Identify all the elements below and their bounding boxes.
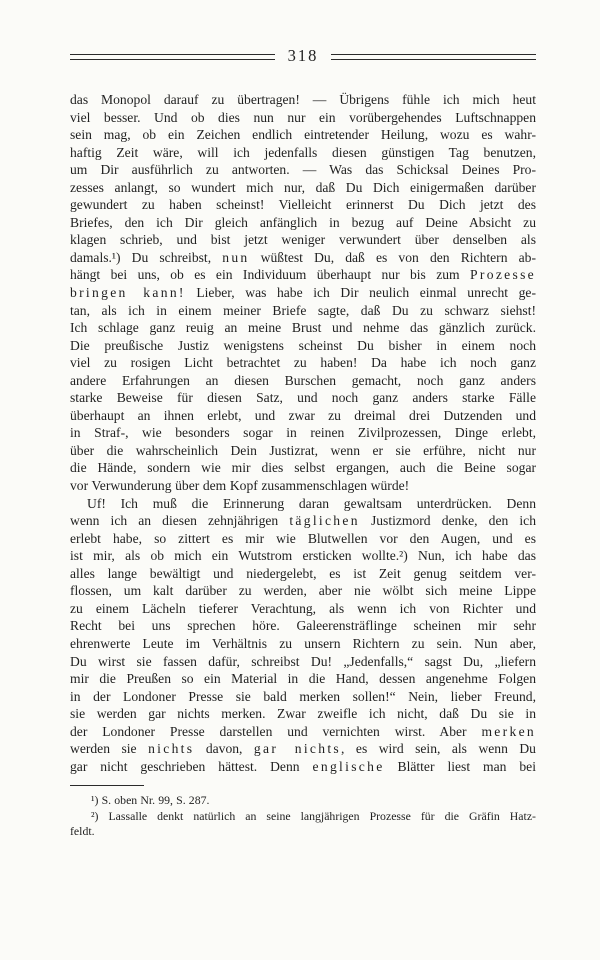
page-content: 318 das Monopol darauf zu übertragen! — … bbox=[0, 0, 600, 839]
body-text: das Monopol darauf zu übertragen! — Übri… bbox=[70, 91, 536, 775]
text-line: sie werden gar nichts merken. Zwar zweif… bbox=[70, 705, 536, 723]
text-segment: andere Erfahrungen an diesen Burschen ge… bbox=[70, 373, 536, 388]
text-line: Du wirst sie fassen dafür, schreibst Du!… bbox=[70, 653, 536, 671]
text-line: ²) Lassalle denkt natürlich an seine lan… bbox=[70, 809, 536, 824]
text-line: bringen kann! Lieber, was habe ich Dir n… bbox=[70, 284, 536, 302]
text-line: vor Verwunderung über dem Kopf zusammens… bbox=[70, 477, 536, 495]
text-line: überhaupt an ihnen erlebt, und zwar zu d… bbox=[70, 407, 536, 425]
text-segment: Du wirst sie fassen dafür, schreibst Du!… bbox=[70, 654, 536, 669]
text-line: über die wahrscheinlich Dein Justizrat, … bbox=[70, 442, 536, 460]
text-line: erlebt habe, so zittert es mir wie Blutw… bbox=[70, 530, 536, 548]
text-line: Briefes, den ich Dir gleich anfänglich i… bbox=[70, 214, 536, 232]
text-line: um Dir ausführlich zu antworten. — Was d… bbox=[70, 161, 536, 179]
text-segment: zu einem Lächeln tieferer Verachtung, al… bbox=[70, 601, 536, 616]
text-line: ist mir, als ob mich ein Wutstrom erstic… bbox=[70, 547, 536, 565]
text-segment: mir die Preußen so ein Material in die H… bbox=[70, 671, 536, 686]
page-header: 318 bbox=[70, 46, 536, 68]
emphasized-text-segment: täglichen bbox=[289, 513, 360, 528]
text-segment: ²) Lassalle denkt natürlich an seine lan… bbox=[91, 809, 536, 823]
text-line: in der Londoner Presse sie bald merken s… bbox=[70, 688, 536, 706]
text-segment: über die wahrscheinlich Dein Justizrat, … bbox=[70, 443, 536, 458]
footnotes: ¹) S. oben Nr. 99, S. 287.²) Lassalle de… bbox=[70, 793, 536, 839]
text-segment: in Straf-, wie besonders sogar in reinen… bbox=[70, 425, 536, 440]
text-segment: Uf! Ich muß die Erinnerung daran gewalts… bbox=[87, 496, 536, 511]
text-line: andere Erfahrungen an diesen Burschen ge… bbox=[70, 372, 536, 390]
emphasized-text-segment: gar nichts bbox=[254, 741, 341, 756]
text-segment: in der Londoner Presse sie bald merken s… bbox=[70, 689, 536, 704]
text-segment: vor Verwunderung über dem Kopf zusammens… bbox=[70, 478, 409, 493]
text-line: der Londoner Presse darstellen und verni… bbox=[70, 723, 536, 741]
text-segment: der Londoner Presse darstellen und verni… bbox=[70, 724, 481, 739]
text-segment: davon, bbox=[194, 741, 254, 756]
text-segment: gar nicht geschrieben hättest. Denn bbox=[70, 759, 313, 774]
book-page: 318 das Monopol darauf zu übertragen! — … bbox=[0, 0, 600, 960]
text-segment: das Monopol darauf zu übertragen! — Übri… bbox=[70, 92, 536, 107]
text-line: viel besser. Und ob dies nun nur ein vor… bbox=[70, 109, 536, 127]
page-number: 318 bbox=[275, 48, 332, 65]
text-line: Uf! Ich muß die Erinnerung daran gewalts… bbox=[70, 495, 536, 513]
text-segment: sein mag, ob ein Zeichen endlich eintret… bbox=[70, 127, 536, 142]
text-line: gar nicht geschrieben hättest. Denn engl… bbox=[70, 758, 536, 776]
text-line: Die preußische Justiz wenigstens scheins… bbox=[70, 337, 536, 355]
text-segment: die Hände, sondern wie mir dies selbst e… bbox=[70, 460, 536, 475]
text-segment: Recht bei uns sprechen höre. Galeerenstr… bbox=[70, 618, 536, 633]
emphasized-text-segment: Prozesse bbox=[470, 267, 536, 282]
text-line: in Straf-, wie besonders sogar in reinen… bbox=[70, 424, 536, 442]
text-line: wenn ich an diesen zehnjährigen tägliche… bbox=[70, 512, 536, 530]
text-line: viel zu rosigen Licht betrachtet zu habe… bbox=[70, 354, 536, 372]
text-segment: Ich schlage ganz reuig an meine Brust un… bbox=[70, 320, 536, 335]
text-line: klagen schrieb, und bist jetzt weniger v… bbox=[70, 231, 536, 249]
text-line: zu einem Lächeln tieferer Verachtung, al… bbox=[70, 600, 536, 618]
text-segment: viel zu rosigen Licht betrachtet zu habe… bbox=[70, 355, 536, 370]
text-segment: erlebt habe, so zittert es mir wie Blutw… bbox=[70, 531, 536, 546]
text-segment: sie werden gar nichts merken. Zwar zweif… bbox=[70, 706, 536, 721]
emphasized-text-segment: nun bbox=[222, 250, 249, 265]
text-line: sein mag, ob ein Zeichen endlich eintret… bbox=[70, 126, 536, 144]
text-line: zesses anlangt, so wundert mich nur, daß… bbox=[70, 179, 536, 197]
header-rule-right bbox=[331, 54, 536, 60]
text-line: ¹) S. oben Nr. 99, S. 287. bbox=[70, 793, 536, 808]
text-segment: ist mir, als ob mich ein Wutstrom erstic… bbox=[70, 548, 536, 563]
text-segment: wüßtest Du, daß es von den Richtern ab- bbox=[250, 250, 536, 265]
text-segment: zesses anlangt, so wundert mich nur, daß… bbox=[70, 180, 536, 195]
text-line: gewundert zu haben scheinst! Vielleicht … bbox=[70, 196, 536, 214]
text-segment: hängt bei uns, ob es ein Individuum über… bbox=[70, 267, 470, 282]
text-segment: werden sie bbox=[70, 741, 148, 756]
text-line: tan, als ich in einem meiner Briefe sagt… bbox=[70, 302, 536, 320]
text-line: werden sie nichts davon, gar nichts, es … bbox=[70, 740, 536, 758]
text-line: damals.¹) Du schreibst, nun wüßtest Du, … bbox=[70, 249, 536, 267]
text-segment: Justizmord denke, den ich bbox=[360, 513, 536, 528]
text-segment: ¹) S. oben Nr. 99, S. 287. bbox=[91, 793, 209, 807]
text-line: alles lange bewältigt und niedergelebt, … bbox=[70, 565, 536, 583]
text-line: flossen, um kalt darüber zu werden, aber… bbox=[70, 582, 536, 600]
text-segment: Lieber, was habe ich Dir neulich einmal … bbox=[186, 285, 536, 300]
text-segment: Die preußische Justiz wenigstens scheins… bbox=[70, 338, 536, 353]
text-segment: klagen schrieb, und bist jetzt weniger v… bbox=[70, 232, 536, 247]
text-segment: feldt. bbox=[70, 824, 95, 838]
text-segment: viel besser. Und ob dies nun nur ein vor… bbox=[70, 110, 536, 125]
emphasized-text-segment: merken bbox=[481, 724, 536, 739]
text-segment: um Dir ausführlich zu antworten. — Was d… bbox=[70, 162, 536, 177]
text-line: haftig Zeit wäre, will ich jedenfalls di… bbox=[70, 144, 536, 162]
text-segment: tan, als ich in einem meiner Briefe sagt… bbox=[70, 303, 536, 318]
emphasized-text-segment: englische bbox=[313, 759, 385, 774]
text-line: Ich schlage ganz reuig an meine Brust un… bbox=[70, 319, 536, 337]
text-segment: ehrenwerte Leute im Verhältnis zu unsern… bbox=[70, 636, 536, 651]
header-rule-left bbox=[70, 54, 275, 60]
text-line: hängt bei uns, ob es ein Individuum über… bbox=[70, 266, 536, 284]
text-line: die Hände, sondern wie mir dies selbst e… bbox=[70, 459, 536, 477]
text-line: das Monopol darauf zu übertragen! — Übri… bbox=[70, 91, 536, 109]
text-line: feldt. bbox=[70, 824, 536, 839]
emphasized-text-segment: nichts bbox=[148, 741, 194, 756]
text-segment: wenn ich an diesen zehnjährigen bbox=[70, 513, 289, 528]
text-segment: damals.¹) Du schreibst, bbox=[70, 250, 222, 265]
text-segment: , es wird sein, als wenn Du bbox=[341, 741, 536, 756]
text-line: starke Beweise für diesen Satz, und noch… bbox=[70, 389, 536, 407]
text-segment: alles lange bewältigt und niedergelebt, … bbox=[70, 566, 536, 581]
footnote-rule bbox=[70, 785, 144, 786]
text-line: Recht bei uns sprechen höre. Galeerenstr… bbox=[70, 617, 536, 635]
text-segment: haftig Zeit wäre, will ich jedenfalls di… bbox=[70, 145, 536, 160]
text-segment: flossen, um kalt darüber zu werden, aber… bbox=[70, 583, 536, 598]
text-segment: gewundert zu haben scheinst! Vielleicht … bbox=[70, 197, 536, 212]
text-segment: überhaupt an ihnen erlebt, und zwar zu d… bbox=[70, 408, 536, 423]
text-segment: Blätter liest man bei bbox=[385, 759, 536, 774]
text-segment: Briefes, den ich Dir gleich anfänglich i… bbox=[70, 215, 536, 230]
text-line: mir die Preußen so ein Material in die H… bbox=[70, 670, 536, 688]
emphasized-text-segment: bringen kann! bbox=[70, 285, 186, 300]
text-line: ehrenwerte Leute im Verhältnis zu unsern… bbox=[70, 635, 536, 653]
text-segment: starke Beweise für diesen Satz, und noch… bbox=[70, 390, 536, 405]
